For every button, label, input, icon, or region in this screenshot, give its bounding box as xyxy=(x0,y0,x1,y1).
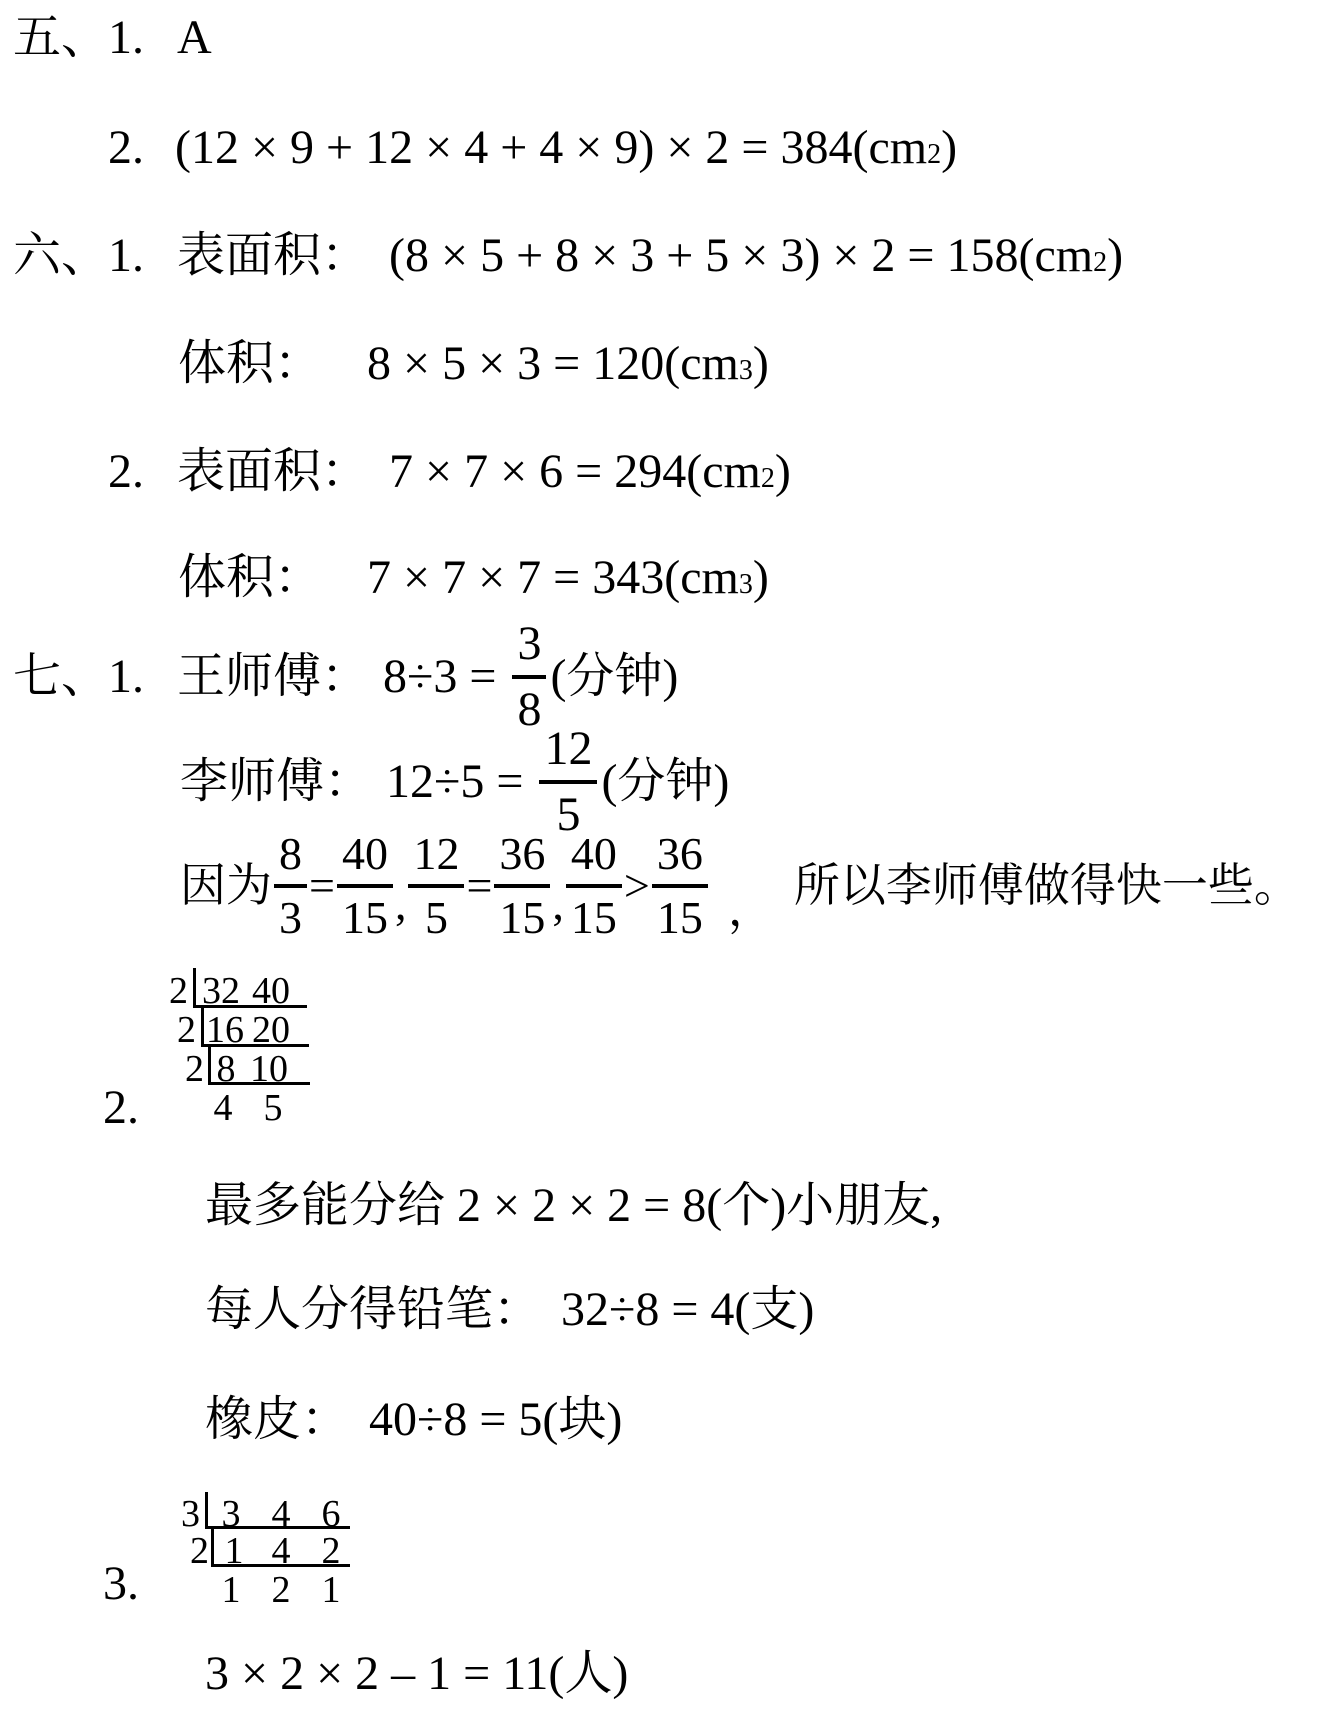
fraction-36-15: 3615 xyxy=(494,830,550,942)
formula-close: ) xyxy=(753,338,769,390)
formula: 表面积：7 × 7 × 6 = 294(cm2) xyxy=(177,446,791,498)
short-division-ladder-32-40: 2 32 40 2 16 20 2 8 10 4 5 xyxy=(160,968,330,1123)
term-label: 表面积： xyxy=(177,446,369,498)
section-marker-6: 六、 xyxy=(13,230,109,282)
fraction-denominator: 5 xyxy=(420,888,453,942)
item-number: 1. xyxy=(108,230,144,282)
formula-text: (8 × 5 + 8 × 3 + 5 × 3) × 2 = 158(cm xyxy=(389,230,1093,282)
formula-text: 8 × 5 × 3 = 120(cm xyxy=(367,338,739,390)
short-division-ladder-3-4-6: 3 3 4 6 2 1 4 2 1 2 1 xyxy=(172,1492,362,1607)
item-number: 3. xyxy=(103,1558,139,1610)
fraction-denominator: 3 xyxy=(274,888,307,942)
line-comparison-reasoning: 因为83=4015,125=3615,4015>3615，所以李师傅做得快一些。 xyxy=(0,826,1332,946)
line-max-children: 最多能分给 2 × 2 × 2 = 8(个)小朋友, xyxy=(0,1180,1332,1236)
formula: 3 × 2 × 2 – 1 = 11(人) xyxy=(205,1648,628,1700)
section-marker-5: 五、 xyxy=(13,12,109,64)
ladder-horizontal-bar xyxy=(208,1082,310,1085)
ladder-horizontal-bar xyxy=(205,1526,350,1529)
fraction-numerator: 36 xyxy=(494,830,550,883)
formula-text: 32÷8 = 4(支) xyxy=(561,1284,814,1336)
because-text: 因为 xyxy=(180,860,272,912)
unit-text: (分钟) xyxy=(601,756,729,808)
fraction-8-3: 83 xyxy=(274,830,307,942)
ladder-divisor: 2 xyxy=(181,1532,209,1570)
line-erasers-each: 橡皮：40÷8 = 5(块) xyxy=(0,1394,1332,1450)
ladder-quotient-cell: 1 xyxy=(311,1571,351,1609)
formula-close: ) xyxy=(1107,230,1123,282)
statement-text: 最多能分给 2 × 2 × 2 = 8(个)小朋友, xyxy=(205,1180,942,1232)
ladder-horizontal-bar xyxy=(201,1044,309,1047)
fraction-40-15: 4015 xyxy=(337,830,393,942)
answer-choice: A xyxy=(177,12,212,64)
ladder-divisor: 2 xyxy=(168,1011,196,1049)
equals-sign: = xyxy=(466,860,492,912)
fraction-numerator: 40 xyxy=(337,830,393,883)
fraction-12-5: 125 xyxy=(408,830,464,942)
answer-sheet-document: 五、 1. A 2. (12 × 9 + 12 × 4 + 4 × 9) × 2… xyxy=(0,0,1332,1722)
formula: 表面积：(8 × 5 + 8 × 3 + 5 × 3) × 2 = 158(cm… xyxy=(177,230,1123,282)
formula-text: 7 × 7 × 6 = 294(cm xyxy=(389,446,761,498)
comparison-statement: 因为83=4015,125=3615,4015>3615，所以李师傅做得快一些。 xyxy=(180,826,1300,946)
formula-close: ) xyxy=(941,122,957,174)
fraction-denominator: 15 xyxy=(494,888,550,942)
item-number: 2. xyxy=(108,122,144,174)
formula-close: ) xyxy=(775,446,791,498)
line-sec6-item1-volume: 体积：8 × 5 × 3 = 120(cm3) xyxy=(0,338,1332,394)
worker-label: 王师傅： xyxy=(177,651,369,703)
expression: 8÷3 = xyxy=(383,651,508,703)
fraction-numerator: 3 xyxy=(512,619,546,674)
formula-text: (12 × 9 + 12 × 4 + 4 × 9) × 2 = 384(cm xyxy=(175,122,927,174)
ladder-horizontal-bar xyxy=(211,1564,350,1567)
line-final-count: 3 × 2 × 2 – 1 = 11(人) xyxy=(0,1648,1332,1704)
line-sec6-item2-volume: 体积：7 × 7 × 7 = 343(cm3) xyxy=(0,552,1332,608)
formula-text: 40÷8 = 5(块) xyxy=(369,1394,622,1446)
greater-than-sign: > xyxy=(624,860,650,912)
line-sec6-item1-surface: 六、 1. 表面积：(8 × 5 + 8 × 3 + 5 × 3) × 2 = … xyxy=(0,230,1332,286)
ladder-quotient-cell: 2 xyxy=(261,1571,301,1609)
fraction-40-15: 4015 xyxy=(566,830,622,942)
expression: 12÷5 = xyxy=(386,756,535,808)
ladder-vertical-bar xyxy=(205,1492,208,1528)
item-number: 2. xyxy=(108,446,144,498)
worker-label: 李师傅： xyxy=(180,756,372,808)
fraction-12-5: 125 xyxy=(539,724,597,840)
term-label: 体积： xyxy=(178,552,322,604)
term-label: 橡皮： xyxy=(205,1394,349,1446)
ladder-quotient-cell: 4 xyxy=(202,1089,244,1127)
ladder-vertical-bar xyxy=(193,968,196,1006)
fraction-numerator: 40 xyxy=(566,830,622,883)
fraction-numerator: 12 xyxy=(408,830,464,883)
formula-text: 7 × 7 × 7 = 343(cm xyxy=(367,552,739,604)
ladder-horizontal-bar xyxy=(193,1005,307,1008)
item-number: 2. xyxy=(103,1082,139,1134)
fraction-denominator: 15 xyxy=(652,888,708,942)
comma: , xyxy=(552,878,564,930)
fraction-numerator: 12 xyxy=(539,724,597,779)
ladder-divisor: 2 xyxy=(160,972,188,1010)
item-number: 1. xyxy=(108,12,144,64)
fraction-denominator: 15 xyxy=(566,888,622,942)
line-sec5-item1: 五、 1. A xyxy=(0,12,1332,68)
comma: , xyxy=(395,878,407,930)
ladder-divisor: 3 xyxy=(172,1495,200,1533)
fullwidth-comma: ， xyxy=(728,884,774,936)
conclusion-text: 所以李师傅做得快一些。 xyxy=(794,860,1300,912)
ladder-quotient-cell: 5 xyxy=(252,1089,294,1127)
line-sec6-item2-surface: 2. 表面积：7 × 7 × 6 = 294(cm2) xyxy=(0,446,1332,502)
ladder-divisor: 2 xyxy=(176,1050,204,1088)
line-sec5-item2: 2. (12 × 9 + 12 × 4 + 4 × 9) × 2 = 384(c… xyxy=(0,122,1332,178)
formula: 体积：7 × 7 × 7 = 343(cm3) xyxy=(178,552,769,604)
formula: (12 × 9 + 12 × 4 + 4 × 9) × 2 = 384(cm2) xyxy=(175,122,957,174)
unit-text: (分钟) xyxy=(550,651,678,703)
formula: 橡皮：40÷8 = 5(块) xyxy=(205,1394,622,1446)
ladder-quotient-cell: 1 xyxy=(211,1571,251,1609)
formula: 体积：8 × 5 × 3 = 120(cm3) xyxy=(178,338,769,390)
fraction-denominator: 15 xyxy=(337,888,393,942)
term-label: 表面积： xyxy=(177,230,369,282)
line-pencils-each: 每人分得铅笔：32÷8 = 4(支) xyxy=(0,1284,1332,1340)
term-label: 每人分得铅笔： xyxy=(205,1284,541,1336)
fraction-numerator: 8 xyxy=(274,830,307,883)
term-label: 体积： xyxy=(178,338,322,390)
formula: 每人分得铅笔：32÷8 = 4(支) xyxy=(205,1284,814,1336)
formula-close: ) xyxy=(753,552,769,604)
fraction-36-15: 3615 xyxy=(652,830,708,942)
equals-sign: = xyxy=(309,860,335,912)
fraction-numerator: 36 xyxy=(652,830,708,883)
